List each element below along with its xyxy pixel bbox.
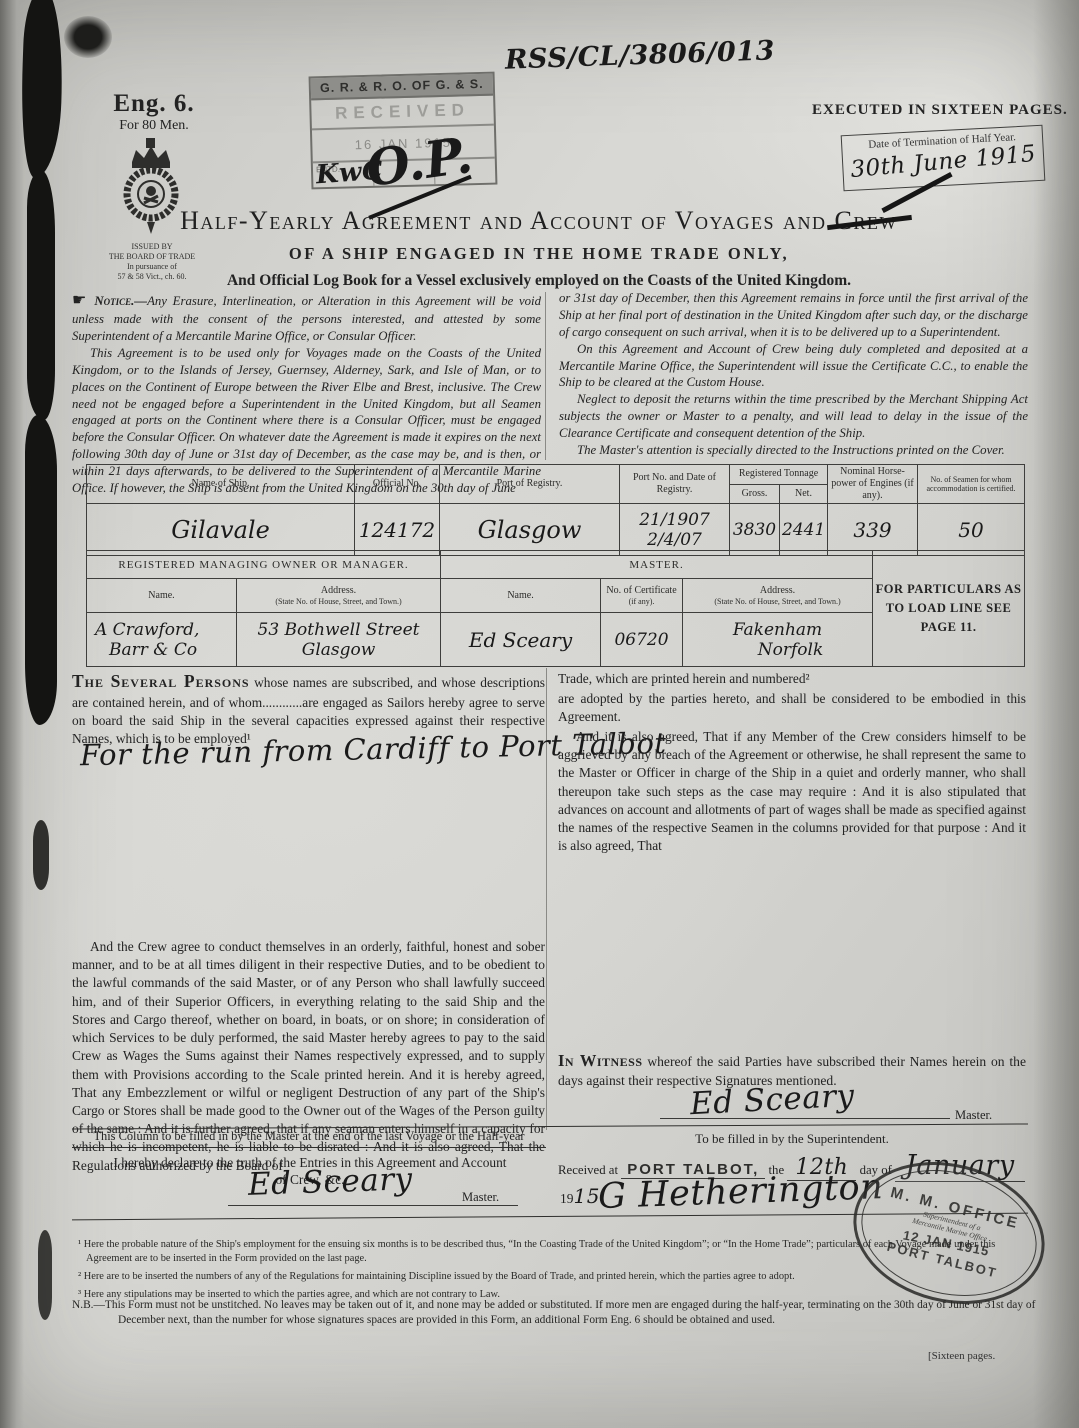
cert-label: No. of Certificate (603, 585, 680, 597)
col-registered-tonnage: Registered Tonnage (730, 465, 828, 485)
footnotes-block: ¹ Here the probable nature of the Ship's… (72, 1238, 1028, 1306)
net-tonnage-value: 2441 (780, 504, 828, 556)
binding-edge (0, 0, 24, 1428)
owner-address-line: 53 Bothwell Street (239, 620, 438, 640)
title-main: Half-Yearly Agreement and Account of Voy… (180, 206, 834, 235)
col-seamen: No. of Seamen for whom accommodation is … (918, 465, 1025, 504)
owner-address-line: Glasgow (239, 640, 438, 660)
document-title-block: Half-Yearly Agreement and Account of Voy… (64, 206, 1014, 290)
document-subtitle-2: And Official Log Book for a Vessel exclu… (64, 272, 1014, 290)
notice-lead: Notice.— (94, 294, 147, 308)
master-address-header: Address. (State No. of House, Street, an… (683, 579, 873, 613)
owner-address-value: 53 Bothwell Street Glasgow (237, 613, 441, 667)
column-divider (545, 292, 546, 460)
date-registry-value: 2/4/07 (622, 530, 727, 550)
terms-paragraph: Trade, which are printed herein and numb… (558, 670, 1026, 688)
agreement-terms-column: Trade, which are printed herein and numb… (558, 670, 1026, 857)
binding-blob (27, 170, 55, 420)
col-horsepower: Nominal Horse-power of Engines (if any). (828, 465, 918, 504)
received-at-label: Received at (558, 1163, 618, 1177)
document-subtitle: OF A SHIP ENGAGED IN THE HOME TRADE ONLY… (64, 244, 1014, 264)
form-capacity: For 80 Men. (104, 118, 204, 134)
col-official-no: Official No. (355, 465, 440, 504)
scanned-agreement-page: RSS/CL/3806/013 Eng. 6. For 80 Men. ISSU… (0, 0, 1079, 1428)
master-signature-label: Master. (955, 1108, 992, 1123)
archive-reference-number: RSS/CL/3806/013 (505, 35, 776, 75)
ship-particulars-table: Name of Ship. Official No. Port of Regis… (86, 464, 1025, 556)
official-no-value: 124172 (355, 504, 440, 556)
terms-paragraph: And it is also agreed, That if any Membe… (558, 728, 1026, 855)
paragraph-lead: In Witness (558, 1051, 643, 1070)
page-curl-shade (1033, 0, 1079, 1428)
owner-name-line: A Crawford, (95, 620, 234, 640)
binding-blob (25, 415, 57, 725)
seamen-value: 50 (918, 504, 1025, 556)
notice-paragraph: Neglect to deposit the returns within th… (559, 391, 1028, 442)
owner-address-header: Address. (State No. of House, Street, an… (237, 579, 441, 613)
cert-sublabel: (if any). (603, 597, 680, 606)
binding-blob (38, 1230, 52, 1320)
master-column-note: This Column to be filled in by the Maste… (74, 1129, 544, 1144)
col-net: Net. (780, 484, 828, 504)
owner-name-line: Barr & Co (95, 640, 234, 660)
load-line-note: FOR PARTICULARS AS TO LOAD LINE SEE PAGE… (873, 551, 1025, 667)
signature-line (228, 1205, 518, 1206)
title-struck-word: Crew (835, 206, 898, 236)
ship-name-value: Gilavale (87, 504, 355, 556)
gross-tonnage-value: 3830 (730, 504, 780, 556)
address-sublabel: (State No. of House, Street, and Town.) (239, 597, 438, 606)
address-label: Address. (685, 585, 870, 597)
notice-paragraph: On this Agreement and Account of Crew be… (559, 341, 1028, 392)
superintendent-note: To be filled in by the Superintendent. (558, 1131, 1026, 1147)
master-name-value: Ed Sceary (441, 613, 601, 667)
horizontal-rule (72, 1147, 546, 1148)
master-cert-value: 06720 (601, 613, 683, 667)
port-registry-value: Glasgow (440, 504, 620, 556)
executed-pages-note: EXECUTED IN SIXTEEN PAGES. (812, 102, 1068, 119)
table-header-row: Name of Ship. Official No. Port of Regis… (87, 465, 1025, 485)
notice-paragraph: or 31st day of December, then this Agree… (559, 290, 1028, 341)
port-no-value: 21/1907 (622, 510, 727, 530)
form-code: Eng. 6. (104, 90, 204, 118)
nb-note: N.B.—This Form must not be unstitched. N… (72, 1298, 1074, 1329)
paragraph-lead: The Several Persons (72, 671, 250, 691)
declaration-signature: Ed Sceary (247, 1161, 413, 1203)
address-sublabel: (State No. of House, Street, and Town.) (685, 597, 870, 606)
owner-group-header: REGISTERED MANAGING OWNER OR MANAGER. (87, 551, 441, 579)
sixteen-pages-note: [Sixteen pages. (928, 1350, 995, 1362)
master-signature: Ed Sceary (689, 1078, 855, 1123)
pointing-hand-icon: ☛ (72, 292, 86, 309)
ink-spot (64, 16, 112, 58)
master-address-value: Fakenham Norfolk (683, 613, 873, 667)
master-name-header: Name. (441, 579, 601, 613)
owner-name-header: Name. (87, 579, 237, 613)
port-no-date-value: 21/1907 2/4/07 (620, 504, 730, 556)
form-code-block: Eng. 6. For 80 Men. (104, 90, 204, 134)
master-group-header: MASTER. (441, 551, 873, 579)
stamp-office-name: M. M. OFFICE (889, 1183, 1022, 1232)
received-year: 1915 (560, 1184, 600, 1208)
owner-name-value: A Crawford, Barr & Co (87, 613, 237, 667)
owner-master-table: REGISTERED MANAGING OWNER OR MANAGER. MA… (86, 550, 1025, 667)
address-label: Address. (239, 585, 438, 597)
notice-paragraph: ☛Notice.—Any Erasure, Interlineation, or… (72, 290, 541, 345)
binding-blob (33, 820, 49, 890)
year-handwritten-suffix: 15 (574, 1184, 600, 1208)
master-cert-header: No. of Certificate (if any). (601, 579, 683, 613)
group-header-row: REGISTERED MANAGING OWNER OR MANAGER. MA… (87, 551, 1025, 579)
notice-paragraph: The Master's attention is specially dire… (559, 442, 1028, 459)
table-row: Gilavale 124172 Glasgow 21/1907 2/4/07 3… (87, 504, 1025, 556)
document-title: Half-Yearly Agreement and Account of Voy… (64, 206, 1014, 236)
signature-line (660, 1118, 950, 1119)
col-port-of-registry: Port of Registry. (440, 465, 620, 504)
col-name-of-ship: Name of Ship. (87, 465, 355, 504)
horsepower-value: 339 (828, 504, 918, 556)
terms-paragraph: are adopted by the parties hereto, and s… (558, 690, 1026, 726)
binding-blob (19, 0, 66, 179)
col-gross: Gross. (730, 484, 780, 504)
superintendent-signature: G Hetherington (597, 1167, 883, 1217)
declaration-signature-label: Master. (462, 1190, 499, 1205)
footnote-2: ² Here are to be inserted the numbers of… (72, 1270, 1028, 1284)
master-address-line: Fakenham (685, 620, 870, 640)
year-printed-prefix: 19 (560, 1191, 574, 1206)
footnote-1: ¹ Here the probable nature of the Ship's… (72, 1238, 1028, 1266)
master-address-line: Norfolk (685, 640, 870, 660)
col-port-no-date: Port No. and Date of Registry. (620, 465, 730, 504)
